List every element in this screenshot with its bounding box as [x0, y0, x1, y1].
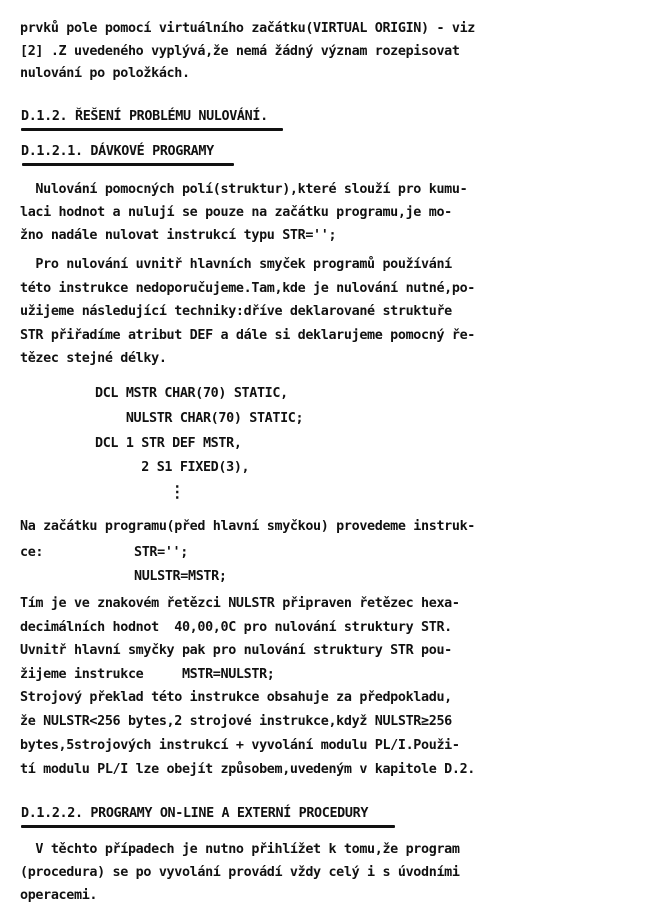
intro-line-1: prvků pole pomocí virtuálního začátku(VI…	[20, 22, 475, 35]
paragraph-line: tězec stejné délky.	[20, 352, 167, 365]
paragraph-line: Na začátku programu(před hlavní smyčkou)…	[20, 520, 475, 533]
code-line: DCL 1 STR DEF MSTR,	[95, 437, 242, 450]
paragraph-line: Uvnitř hlavní smyčky pak pro nulování st…	[20, 644, 452, 657]
paragraph-line: užijeme následující techniky:dříve dekla…	[20, 305, 452, 318]
code-line: DCL MSTR CHAR(70) STATIC,	[95, 387, 288, 400]
code-ellipsis: ⋮	[95, 484, 185, 500]
code-line: STR='';	[134, 546, 188, 559]
paragraph-line: V těchto případech je nutno přihlížet k …	[20, 843, 460, 856]
paragraph-line: žno nadále nulovat instrukcí typu STR=''…	[20, 229, 336, 242]
heading-underline	[21, 825, 395, 828]
heading-underline	[22, 163, 234, 166]
paragraph-line: Tím je ve znakovém řetězci NULSTR připra…	[20, 597, 460, 610]
paragraph-line: Strojový překlad této instrukce obsahuje…	[20, 691, 452, 704]
section-heading-d-1-2-1: D.1.2.1. DÁVKOVÉ PROGRAMY	[21, 145, 214, 158]
paragraph-line: že NULSTR<256 bytes,2 strojové instrukce…	[20, 715, 452, 728]
paragraph-line: této instrukce nedoporučujeme.Tam,kde je…	[20, 282, 475, 295]
paragraph-line: tí modulu PL/I lze obejít způsobem,uvede…	[20, 763, 475, 776]
code-line: 2 S1 FIXED(3),	[95, 461, 249, 474]
code-line: NULSTR CHAR(70) STATIC;	[95, 412, 303, 425]
paragraph-line: operacemi.	[20, 889, 97, 902]
intro-line-2: [2] .Z uvedeného vyplývá,že nemá žádný v…	[20, 45, 460, 58]
paragraph-line: laci hodnot a nulují se pouze na začátku…	[20, 206, 452, 219]
paragraph-label: ce:	[20, 546, 43, 559]
paragraph-line: žijeme instrukce MSTR=NULSTR;	[20, 668, 275, 681]
section-heading-d-1-2: D.1.2. ŘEŠENÍ PROBLÉMU NULOVÁNÍ.	[21, 110, 268, 123]
paragraph-line: (procedura) se po vyvolání provádí vždy …	[20, 866, 460, 879]
paragraph-line: decimálních hodnot 40,00,0C pro nulování…	[20, 621, 452, 634]
paragraph-line: Pro nulování uvnitř hlavních smyček prog…	[20, 258, 452, 271]
heading-underline	[21, 128, 283, 131]
paragraph-line: Nulování pomocných polí(struktur),které …	[20, 183, 467, 196]
intro-line-3: nulování po položkách.	[20, 67, 190, 80]
paragraph-line: bytes,5strojových instrukcí + vyvolání m…	[20, 739, 460, 752]
code-line: NULSTR=MSTR;	[134, 570, 227, 583]
paragraph-line: STR přiřadíme atribut DEF a dále si dekl…	[20, 329, 475, 342]
section-heading-d-1-2-2: D.1.2.2. PROGRAMY ON-LINE A EXTERNÍ PROC…	[21, 807, 368, 820]
